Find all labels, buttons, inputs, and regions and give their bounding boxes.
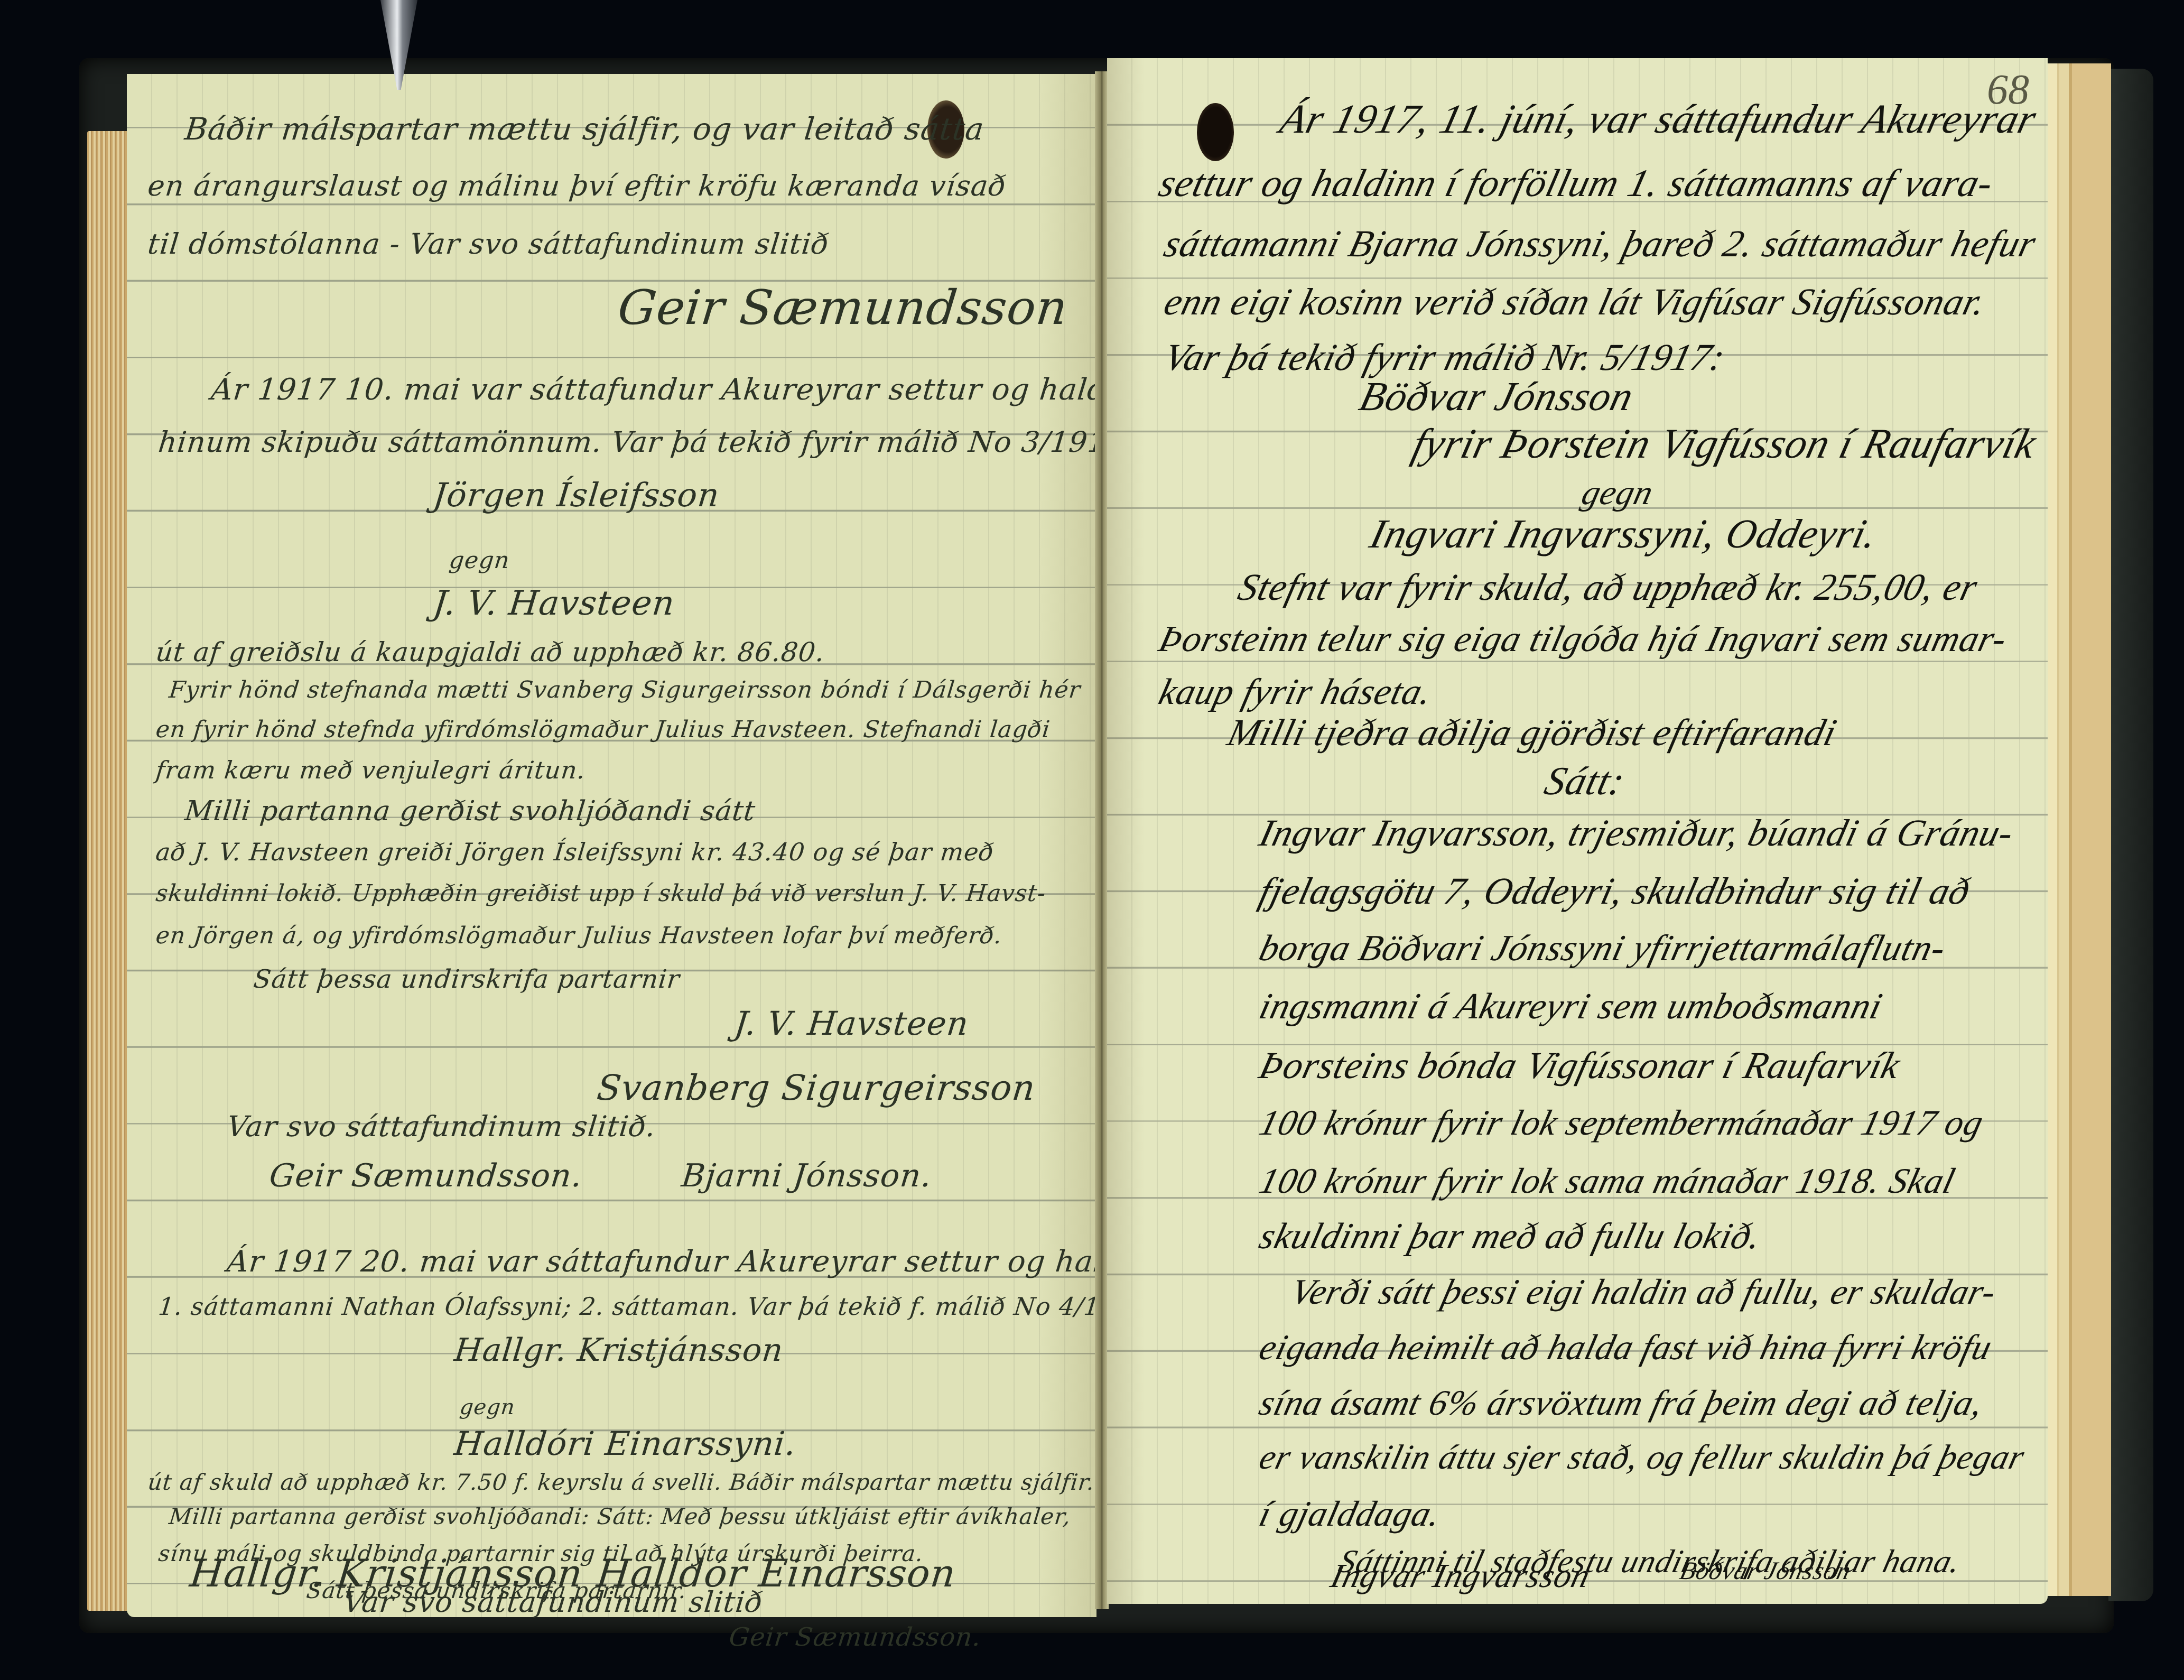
text-line: út af greiðslu á kaupgjaldi að upphæð kr… xyxy=(154,637,826,667)
text-line: Var svo sáttafundinum slitið xyxy=(342,1585,765,1619)
punch-hole-right xyxy=(1197,103,1234,161)
text-line: Milli tjeðra aðilja gjörðist eftirfarand… xyxy=(1223,711,1842,755)
text-line: 100 krónur fyrir lok sama mánaðar 1918. … xyxy=(1255,1160,1959,1202)
text-line: 1. sáttamanni Nathan Ólafssyni; 2. sátta… xyxy=(157,1292,1096,1321)
text-line: settur og haldinn í forföllum 1. sáttama… xyxy=(1154,161,1997,206)
text-line: Þorsteins bónda Vigfússonar í Raufarvík xyxy=(1255,1044,1905,1088)
signature: Geir Sæmundsson. xyxy=(267,1157,584,1194)
text-line: 100 krónur fyrir lok septembermánaðar 19… xyxy=(1255,1102,1988,1144)
text-line: sáttamanni Bjarna Jónssyni, þareð 2. sát… xyxy=(1160,222,2041,266)
text-line: Þorsteinn telur sig eiga tilgóða hjá Ing… xyxy=(1155,618,2011,661)
text-line: en árangurslaust og málinu því eftir krö… xyxy=(146,169,1008,202)
text-line: en Jörgen á, og yfirdómslögmaður Julius … xyxy=(154,922,1003,949)
text-line: Ingvar Ingvarsson, trjesmiður, búandi á … xyxy=(1255,811,2019,855)
text-line: Var svo sáttafundinum slitið. xyxy=(226,1110,657,1143)
text-line: Ár 1917 10. mai var sáttafundur Akureyra… xyxy=(210,373,1096,407)
text-line: skuldinni þar með að fullu lokið. xyxy=(1255,1215,1766,1258)
text-line: út af skuld að upphæð kr. 7.50 f. keyrsl… xyxy=(146,1469,1096,1495)
signature: Geir Sæmundsson xyxy=(615,280,1070,336)
text-line: Sátt þessa undirskrifa partarnir xyxy=(252,964,681,994)
signature: J. V. Havsteen xyxy=(732,1004,971,1043)
signature: Böðvar Jónsson xyxy=(1677,1556,1854,1585)
signature: Ingvar Ingvarsson xyxy=(1327,1556,1595,1595)
text-line: Stefnt var fyrir skuld, að upphæð kr. 25… xyxy=(1234,565,1983,609)
text-line: fram kæru með venjulegri áritun. xyxy=(154,756,587,784)
text-line: gegn xyxy=(1578,473,1658,513)
right-page: 68 Ár 1917, 11. júní, var sáttafundur Ak… xyxy=(1107,58,2048,1604)
text-line: skuldinni lokið. Upphæðin greiðist upp í… xyxy=(154,880,1047,907)
signature: Svanberg Sigurgeirsson xyxy=(595,1068,1037,1108)
party-name: fyrir Þorstein Vigfússon í Raufarvík xyxy=(1408,420,2041,468)
text-line: gegn xyxy=(448,547,511,574)
signature: Bjarni Jónsson. xyxy=(680,1157,934,1194)
text-line: er vanskilin áttu sjer stað, og fellur s… xyxy=(1256,1437,2029,1478)
party-name: Jörgen Ísleifsson xyxy=(431,476,721,514)
text-line: að J. V. Havsteen greiði Jörgen Ísleifss… xyxy=(154,838,996,866)
text-line: Fyrir hönd stefnanda mætti Svanberg Sigu… xyxy=(168,676,1082,703)
text-line: Báðir málspartar mættu sjálfir, og var l… xyxy=(183,111,986,147)
text-line: Milli partanna gerðist svohljóðandi sátt xyxy=(183,795,757,827)
text-line: ingsmanni á Akureyri sem umboðsmanni xyxy=(1255,986,1886,1028)
party-name: Ingvari Ingvarssyni, Oddeyri. xyxy=(1365,510,1883,558)
text-line: Sátt: xyxy=(1540,758,1630,804)
left-page: Báðir málspartar mættu sjálfir, og var l… xyxy=(127,74,1096,1617)
text-line: Ár 1917, 11. júní, var sáttafundur Akure… xyxy=(1276,95,2041,143)
text-line: eiganda heimilt að halda fast við hina f… xyxy=(1255,1326,1996,1368)
text-line: í gjalddaga. xyxy=(1255,1493,1445,1535)
text-line: til dómstólanna - Var svo sáttafundinum … xyxy=(146,227,831,261)
text-line: fjelagsgötu 7, Oddeyri, skuldbindur sig … xyxy=(1255,869,1975,913)
signature: Geir Sæmundsson. xyxy=(728,1622,983,1652)
party-name: Halldóri Einarssyni. xyxy=(452,1424,798,1463)
text-line: Verði sátt þessi eigi haldin að fullu, e… xyxy=(1287,1271,2001,1313)
text-line: borga Böðvari Jónssyni yfirrjettarmálafl… xyxy=(1255,927,1950,970)
text-line: Ár 1917 20. mai var sáttafundur Akureyra… xyxy=(226,1245,1096,1279)
party-name: Böðvar Jónsson xyxy=(1355,373,1639,420)
book-cover-right-edge xyxy=(2108,69,2153,1601)
party-name: J. V. Havsteen xyxy=(431,584,677,623)
text-line: enn eigi kosinn verið síðan lát Vigfúsar… xyxy=(1160,280,1991,324)
party-name: Hallgr. Kristjánsson xyxy=(452,1332,785,1369)
text-line: sína ásamt 6% ársvöxtum frá þeim degi að… xyxy=(1255,1382,1988,1424)
text-line: hinum skipuðu sáttamönnum. Var þá tekið … xyxy=(157,425,1096,459)
text-line: kaup fyrir háseta. xyxy=(1155,671,1437,713)
text-line: gegn xyxy=(459,1395,516,1419)
text-line: Milli partanna gerðist svohljóðandi: Sát… xyxy=(168,1503,1072,1529)
text-line: en fyrir hönd stefnda yfirdómslögmaður J… xyxy=(154,716,1052,743)
right-page-stack xyxy=(2048,63,2111,1596)
